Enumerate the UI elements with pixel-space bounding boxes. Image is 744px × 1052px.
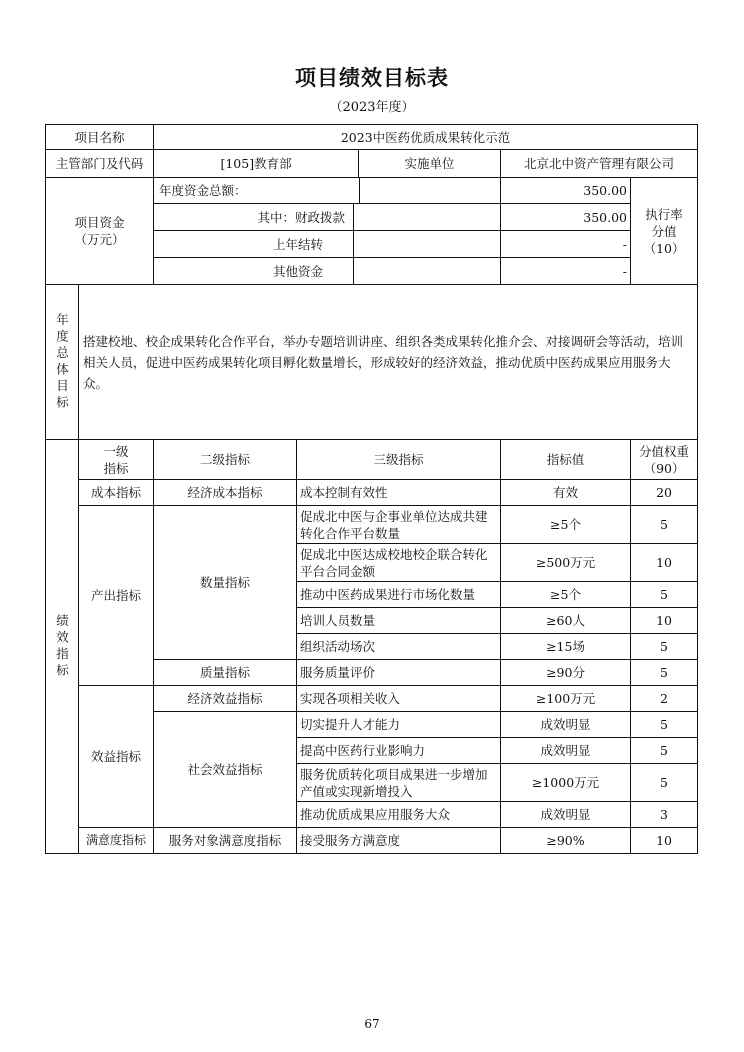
indicator-level3: 推动优质成果应用服务大众 bbox=[297, 802, 501, 828]
header-value: 指标值 bbox=[501, 440, 631, 480]
indicator-value: ≥5个 bbox=[501, 506, 631, 544]
indicator-weight: 5 bbox=[631, 634, 698, 660]
indicator-level3: 实现各项相关收入 bbox=[297, 686, 501, 712]
annual-goal-row: 年度总体目标 搭建校地、校企成果转化合作平台，举办专题培训讲座、组织各类成果转化… bbox=[46, 285, 698, 440]
execution-rate-line1: 执行率 bbox=[634, 206, 694, 223]
funding-total-value: 350.00 bbox=[501, 178, 631, 204]
indicator-value: 成效明显 bbox=[501, 712, 631, 738]
funding-other-label: 其他资金 bbox=[154, 258, 354, 284]
department-label: 主管部门及代码 bbox=[46, 150, 154, 178]
header-level1: 一级 指标 bbox=[79, 440, 154, 480]
indicator-weight: 5 bbox=[631, 506, 698, 544]
page-title: 项目绩效目标表 bbox=[0, 62, 744, 92]
funding-carryover-label: 上年结转 bbox=[154, 231, 354, 257]
indicator-section-label: 绩效指标 bbox=[46, 440, 79, 854]
header-weight-line1: 分值权重 bbox=[634, 443, 694, 460]
annual-goal-label-text: 年度总体目标 bbox=[54, 313, 71, 412]
project-name-row: 项目名称 2023中医药优质成果转化示范 bbox=[46, 125, 698, 150]
group-cost: 成本指标 bbox=[79, 480, 154, 506]
group-satisfaction: 满意度指标 bbox=[79, 828, 154, 854]
subgroup-economic-benefit: 经济效益指标 bbox=[154, 686, 297, 712]
project-name-label: 项目名称 bbox=[46, 125, 154, 150]
indicator-section-label-text: 绩效指标 bbox=[54, 614, 71, 680]
indicator-level3: 切实提升人才能力 bbox=[297, 712, 501, 738]
indicator-weight: 10 bbox=[631, 828, 698, 854]
indicator-weight: 5 bbox=[631, 738, 698, 764]
indicator-header-row: 绩效指标 一级 指标 二级指标 三级指标 指标值 分值权重 （90） bbox=[46, 440, 698, 480]
indicator-weight: 5 bbox=[631, 582, 698, 608]
indicator-level3: 培训人员数量 bbox=[297, 608, 501, 634]
group-benefit: 效益指标 bbox=[79, 686, 154, 828]
indicator-weight: 10 bbox=[631, 608, 698, 634]
subgroup-social-benefit: 社会效益指标 bbox=[154, 712, 297, 828]
funding-label: 项目资金 （万元） bbox=[46, 178, 154, 285]
header-level1-line1: 一级 bbox=[82, 443, 150, 460]
page-number: 67 bbox=[0, 1017, 744, 1031]
annual-goal-text: 搭建校地、校企成果转化合作平台，举办专题培训讲座、组织各类成果转化推介会、对接调… bbox=[79, 285, 698, 440]
execution-rate-score: 执行率 分值 （10） bbox=[631, 178, 698, 285]
funding-carryover-value: - bbox=[501, 231, 631, 258]
funding-other-cell: 其他资金 bbox=[154, 258, 501, 285]
indicator-level3: 促成北中医达成校地校企联合转化平台合同金额 bbox=[297, 544, 501, 582]
indicator-value: 有效 bbox=[501, 480, 631, 506]
indicator-weight: 10 bbox=[631, 544, 698, 582]
indicator-value: ≥90% bbox=[501, 828, 631, 854]
funding-total-label: 年度资金总额： bbox=[154, 178, 360, 203]
performance-table: 项目名称 2023中医药优质成果转化示范 主管部门及代码 [105]教育部 实施… bbox=[45, 124, 698, 854]
page-subtitle: （2023年度） bbox=[0, 96, 744, 115]
department-code-value: [105]教育部 bbox=[154, 150, 359, 177]
funding-other-value: - bbox=[501, 258, 631, 285]
indicator-level3: 服务优质转化项目成果进一步增加产值或实现新增投入 bbox=[297, 764, 501, 802]
indicator-level3: 接受服务方满意度 bbox=[297, 828, 501, 854]
indicator-weight: 3 bbox=[631, 802, 698, 828]
indicator-weight: 5 bbox=[631, 764, 698, 802]
indicator-weight: 5 bbox=[631, 712, 698, 738]
funding-label-line2: （万元） bbox=[49, 231, 150, 248]
header-weight-line2: （90） bbox=[634, 460, 694, 477]
indicator-level3: 组织活动场次 bbox=[297, 634, 501, 660]
indicator-weight: 2 bbox=[631, 686, 698, 712]
table-row: 产出指标 数量指标 促成北中医与企事业单位达成共建转化合作平台数量 ≥5个 5 bbox=[46, 506, 698, 544]
funding-carryover-cell: 上年结转 bbox=[154, 231, 501, 258]
department-row: 主管部门及代码 [105]教育部 实施单位 北京北中资产管理有限公司 bbox=[46, 150, 698, 178]
indicator-weight: 5 bbox=[631, 660, 698, 686]
subgroup-economic-cost: 经济成本指标 bbox=[154, 480, 297, 506]
indicator-level3: 推动中医药成果进行市场化数量 bbox=[297, 582, 501, 608]
subgroup-quality: 质量指标 bbox=[154, 660, 297, 686]
table-row: 满意度指标 服务对象满意度指标 接受服务方满意度 ≥90% 10 bbox=[46, 828, 698, 854]
project-name-value: 2023中医药优质成果转化示范 bbox=[154, 125, 698, 150]
indicator-value: ≥100万元 bbox=[501, 686, 631, 712]
indicator-value: ≥500万元 bbox=[501, 544, 631, 582]
indicator-value: ≥60人 bbox=[501, 608, 631, 634]
indicator-value: ≥1000万元 bbox=[501, 764, 631, 802]
indicator-level3: 促成北中医与企事业单位达成共建转化合作平台数量 bbox=[297, 506, 501, 544]
header-level2: 二级指标 bbox=[154, 440, 297, 480]
indicator-value: ≥5个 bbox=[501, 582, 631, 608]
indicator-level3: 服务质量评价 bbox=[297, 660, 501, 686]
indicator-level3: 提高中医药行业影响力 bbox=[297, 738, 501, 764]
funding-fiscal-value: 350.00 bbox=[501, 204, 631, 231]
indicator-value: 成效明显 bbox=[501, 738, 631, 764]
indicator-value: 成效明显 bbox=[501, 802, 631, 828]
implementing-unit-value: 北京北中资产管理有限公司 bbox=[501, 150, 698, 178]
table-row: 成本指标 经济成本指标 成本控制有效性 有效 20 bbox=[46, 480, 698, 506]
subgroup-quantity: 数量指标 bbox=[154, 506, 297, 660]
indicator-level3: 成本控制有效性 bbox=[297, 480, 501, 506]
group-output: 产出指标 bbox=[79, 506, 154, 686]
funding-row-total: 项目资金 （万元） 年度资金总额： 350.00 执行率 分值 （10） bbox=[46, 178, 698, 204]
annual-goal-label: 年度总体目标 bbox=[46, 285, 79, 440]
subgroup-service-satisfaction: 服务对象满意度指标 bbox=[154, 828, 297, 854]
funding-fiscal-cell: 其中：财政拨款 bbox=[154, 204, 501, 231]
funding-fiscal-label: 其中：财政拨款 bbox=[154, 204, 354, 230]
table-row: 效益指标 经济效益指标 实现各项相关收入 ≥100万元 2 bbox=[46, 686, 698, 712]
header-level1-line2: 指标 bbox=[82, 460, 150, 477]
department-value: [105]教育部 实施单位 bbox=[154, 150, 501, 178]
execution-rate-line3: （10） bbox=[634, 240, 694, 257]
implementing-unit-label: 实施单位 bbox=[359, 150, 500, 177]
indicator-weight: 20 bbox=[631, 480, 698, 506]
execution-rate-line2: 分值 bbox=[634, 223, 694, 240]
funding-label-line1: 项目资金 bbox=[49, 214, 150, 231]
funding-total-cell: 年度资金总额： bbox=[154, 178, 501, 204]
indicator-value: ≥15场 bbox=[501, 634, 631, 660]
header-level3: 三级指标 bbox=[297, 440, 501, 480]
indicator-value: ≥90分 bbox=[501, 660, 631, 686]
header-weight: 分值权重 （90） bbox=[631, 440, 698, 480]
